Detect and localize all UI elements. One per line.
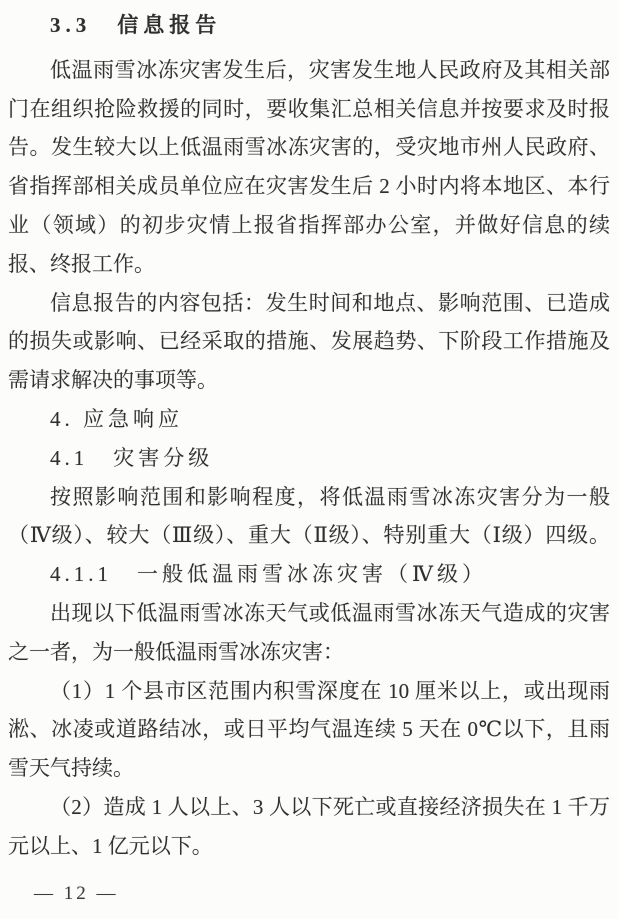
paragraph-line: 需请求解决的事项等。 bbox=[8, 361, 610, 400]
section-heading-3-3: 3.3 信息报告 bbox=[8, 6, 610, 45]
paragraph-line: 按照影响范围和影响程度，将低温雨雪冰冻灾害分为一般 bbox=[8, 478, 610, 517]
paragraph-line: 告。发生较大以上低温雨雪冰冻灾害的，受灾地市州人民政府、 bbox=[8, 128, 610, 167]
list-item-line: 淞、冰凌或道路结冰，或日平均气温连续 5 天在 0℃以下，且雨 bbox=[8, 710, 610, 749]
paragraph-line: 出现以下低温雨雪冰冻天气或低温雨雪冰冻天气造成的灾害 bbox=[8, 594, 610, 633]
paragraph-line: （Ⅳ级）、较大（Ⅲ级）、重大（Ⅱ级）、特别重大（Ⅰ级）四级。 bbox=[8, 516, 610, 555]
section-heading-4-1-1: 4.1.1 一般低温雨雪冰冻灾害（Ⅳ级） bbox=[8, 555, 610, 594]
page-number: — 12 — bbox=[8, 882, 610, 906]
section-heading-4-1: 4.1 灾害分级 bbox=[8, 439, 610, 478]
paragraph-line: 省指挥部相关成员单位应在灾害发生后 2 小时内将本地区、本行 bbox=[8, 167, 610, 206]
list-item-line: 雪天气持续。 bbox=[8, 749, 610, 788]
paragraph-line: 的损失或影响、已经采取的措施、发展趋势、下阶段工作措施及 bbox=[8, 322, 610, 361]
list-item-line: 元以上、1 亿元以下。 bbox=[8, 827, 610, 866]
paragraph-line: 信息报告的内容包括：发生时间和地点、影响范围、已造成 bbox=[8, 284, 610, 323]
paragraph-line: 之一者，为一般低温雨雪冰冻灾害： bbox=[8, 633, 610, 672]
section-heading-4: 4. 应急响应 bbox=[8, 400, 610, 439]
paragraph-line: 门在组织抢险救援的同时，要收集汇总相关信息并按要求及时报 bbox=[8, 90, 610, 129]
paragraph-line: 低温雨雪冰冻灾害发生后，灾害发生地人民政府及其相关部 bbox=[8, 51, 610, 90]
list-item-line: （1）1 个县市区范围内积雪深度在 10 厘米以上，或出现雨 bbox=[8, 672, 610, 711]
paragraph-line: 报、终报工作。 bbox=[8, 245, 610, 284]
paragraph-line: 业（领域）的初步灾情上报省指挥部办公室，并做好信息的续 bbox=[8, 206, 610, 245]
document-page: 3.3 信息报告 低温雨雪冰冻灾害发生后，灾害发生地人民政府及其相关部 门在组织… bbox=[0, 0, 618, 919]
list-item-line: （2）造成 1 人以上、3 人以下死亡或直接经济损失在 1 千万 bbox=[8, 788, 610, 827]
